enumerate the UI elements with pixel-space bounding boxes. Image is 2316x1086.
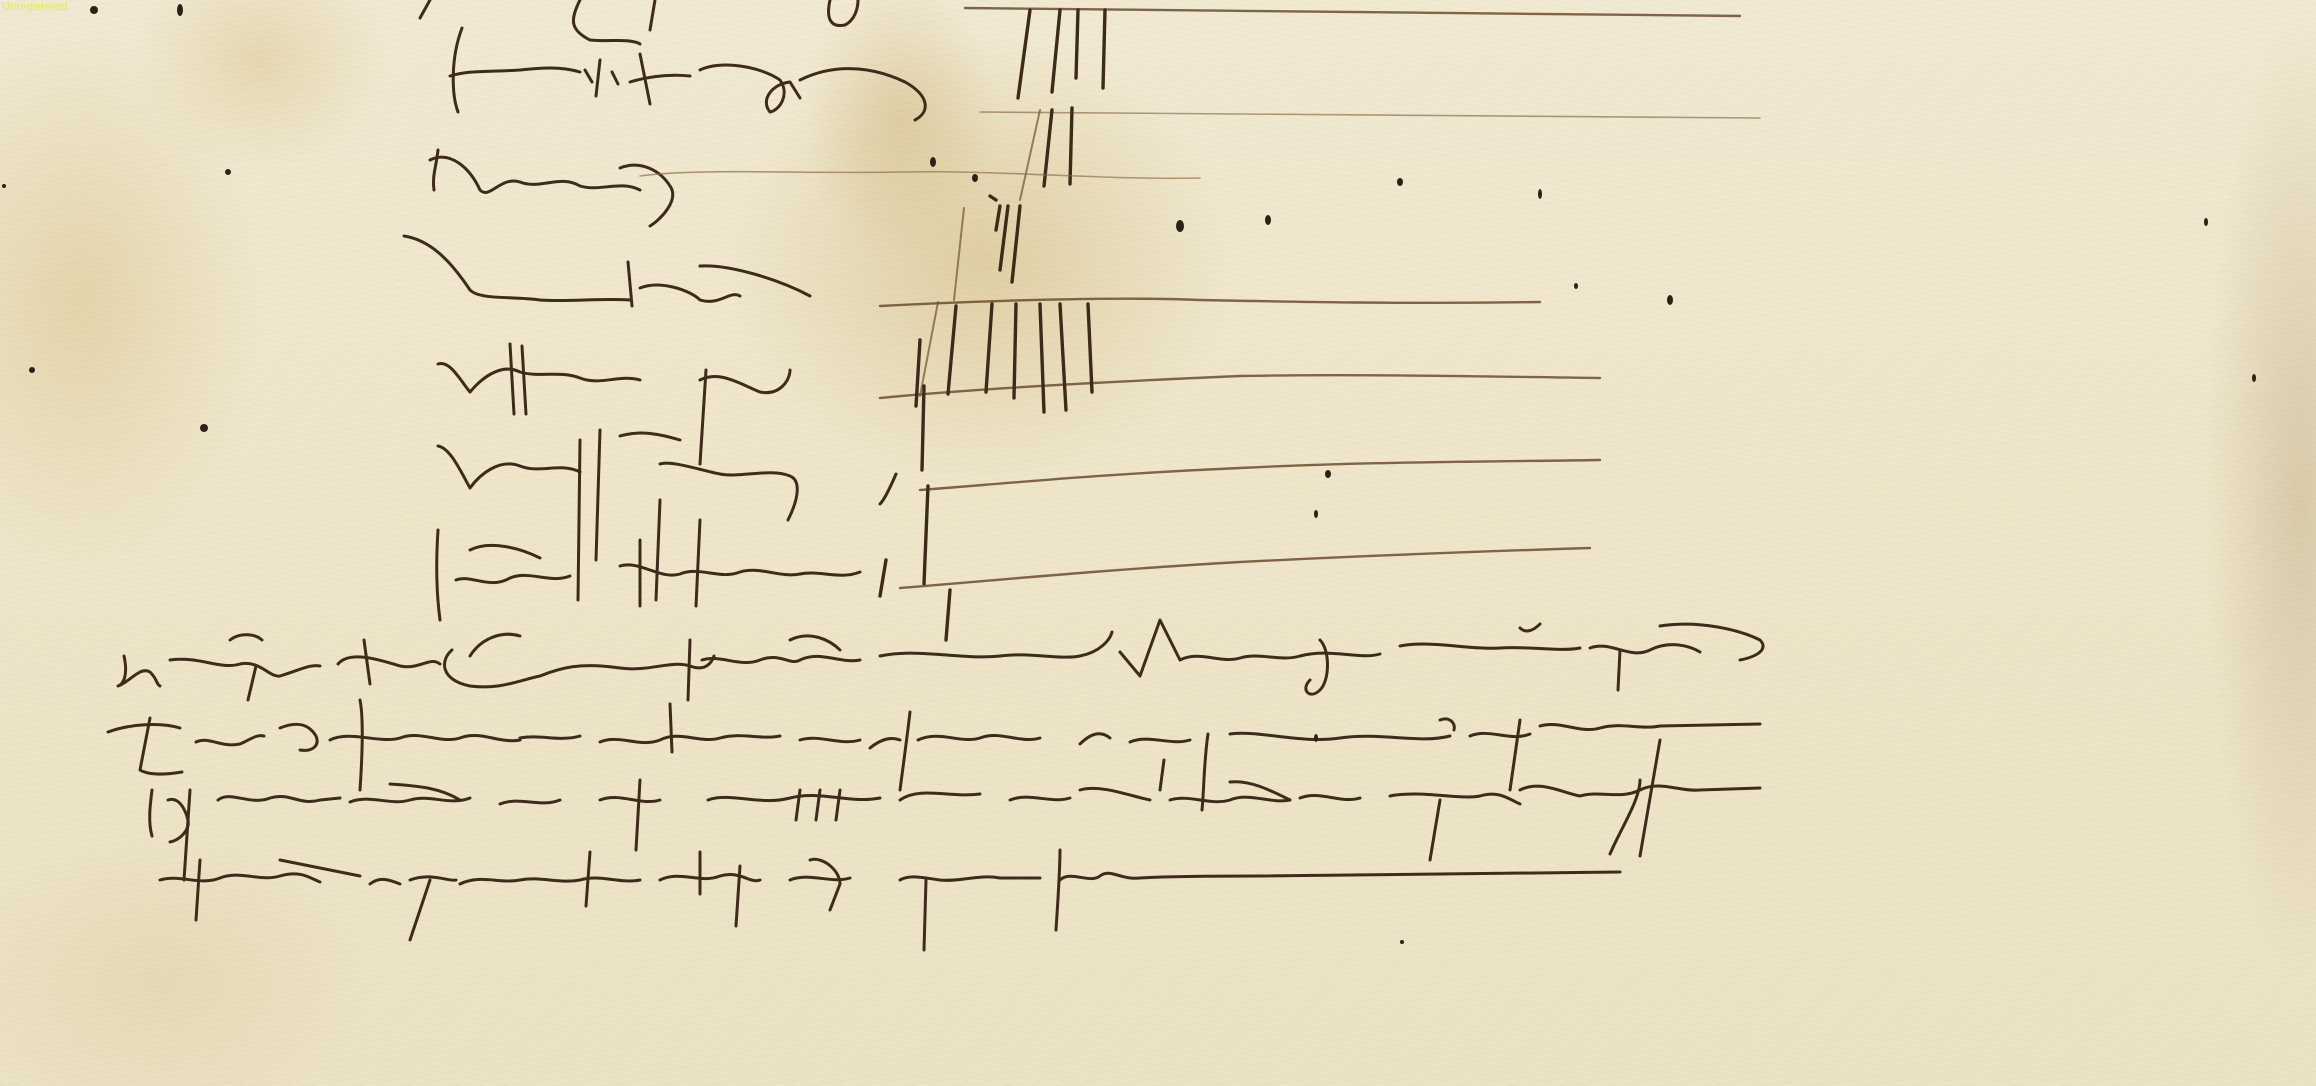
ink-layer	[0, 0, 2316, 1086]
paragraph-line: hui ... ... ... offitio ... ... ... ... …	[150, 786, 692, 827]
register-entry-name: Mattheus pers...	[440, 350, 723, 390]
paragraph-line: hic ... de ... Consiliarij omnes domini …	[118, 640, 1341, 681]
register-entry-name: Marcheus ... pers...	[440, 446, 774, 486]
register-entry-name: Iohannes de ... agnetis	[450, 44, 840, 84]
register-entry-name: Iohannes de ...	[450, 546, 703, 586]
paragraph-line: Tom d ... ... et supplicando ... infirmi…	[108, 716, 966, 757]
register-entry-name: Vernum ...	[460, 266, 637, 306]
register-entry-name: Andreas ...	[430, 150, 616, 190]
paragraph-line: ... ... ... absque alia pena soluendo	[160, 860, 781, 901]
manuscript-page: Unregistered	[0, 0, 2316, 1086]
